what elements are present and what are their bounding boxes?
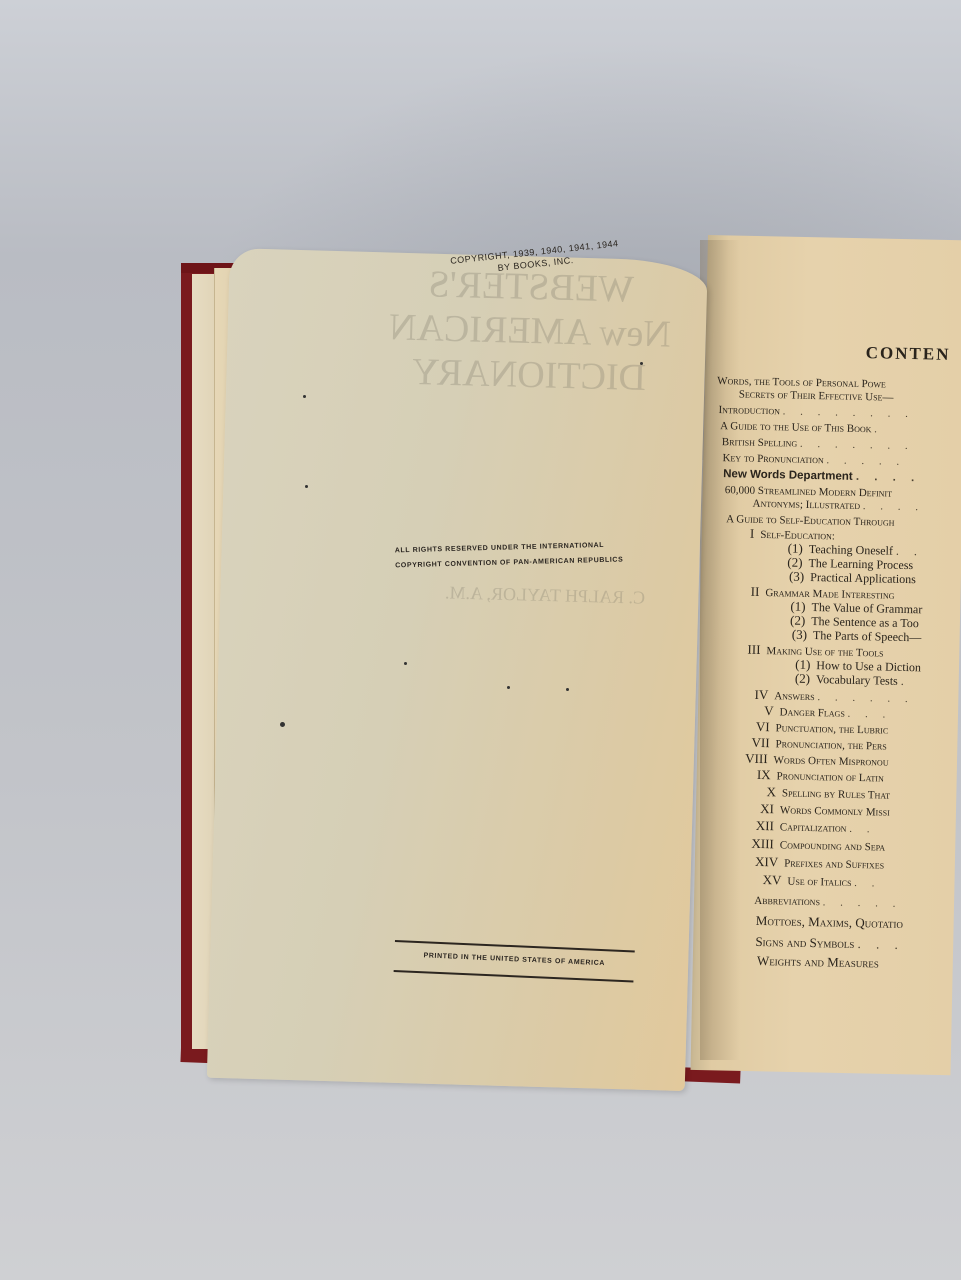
- toc-entry: (2)Vocabulary Tests .: [795, 672, 910, 688]
- toc-entry-text: Use of Italics: [787, 876, 851, 889]
- toc-entry-text: A Guide to the Use of This Book: [720, 420, 872, 435]
- toc-entry: (3)The Parts of Speech—: [792, 628, 922, 645]
- toc-leaders: . . . . . . .: [800, 438, 914, 452]
- paper-speck: [404, 662, 407, 665]
- toc-leaders: . . . .: [856, 471, 921, 484]
- toc-entry: XIWords Commonly Missi: [760, 802, 890, 820]
- toc-numeral: XIV: [755, 855, 778, 869]
- toc-numeral: V: [764, 704, 774, 718]
- toc-numeral: XII: [756, 819, 774, 833]
- toc-numeral: (2): [795, 672, 810, 686]
- book-gutter: [700, 240, 740, 1060]
- toc-entry: VDanger Flags . . .: [764, 704, 891, 722]
- toc-entry-text: Compounding and Sepa: [780, 839, 886, 853]
- toc-numeral: VIII: [745, 752, 768, 766]
- toc-leaders: . . . . .: [826, 454, 905, 468]
- ghost-title-line: New AMERICAN: [379, 305, 680, 357]
- toc-entry-text: Secrets of Their Effective Use—: [739, 388, 894, 403]
- toc-entry-text: Prefixes and Suffixes: [784, 858, 884, 872]
- toc-entry: VIPunctuation, the Lubric: [756, 720, 889, 738]
- toc-entry: XIIICompounding and Sepa: [751, 837, 885, 855]
- toc-entry: XIICapitalization . .: [756, 819, 876, 837]
- paper-speck: [507, 686, 510, 689]
- toc-entry-text: Pronunciation, the Pers: [775, 738, 886, 752]
- toc-entry: XSpelling by Rules That: [766, 785, 890, 803]
- toc-leaders: . .: [896, 544, 923, 559]
- toc-numeral: XV: [763, 873, 782, 887]
- toc-entry: XVUse of Italics . .: [763, 873, 881, 890]
- toc-entry-text: Words Often Mispronou: [773, 754, 888, 768]
- toc-entry-text: Spelling by Rules That: [782, 787, 890, 801]
- toc-entry-text: Words Commonly Missi: [780, 804, 890, 818]
- toc-entry-text: Mottoes, Maxims, Quotatio: [756, 913, 903, 931]
- toc-leaders: . . .: [857, 936, 904, 952]
- toc-entry-text: Capitalization: [780, 821, 847, 834]
- toc-leaders: . .: [854, 877, 880, 890]
- toc-entry-text: Signs and Symbols: [755, 934, 854, 951]
- paper-speck: [305, 485, 308, 488]
- toc-numeral: X: [766, 785, 776, 799]
- toc-entry-text: Abbreviations: [754, 895, 820, 908]
- toc-title: CONTEN: [866, 343, 951, 365]
- toc-entry-text: British Spelling: [722, 436, 798, 450]
- toc-leaders: . . . . . .: [817, 691, 913, 705]
- toc-numeral: (3): [792, 628, 807, 642]
- toc-numeral: II: [751, 585, 760, 599]
- toc-leaders: . . . . .: [823, 896, 902, 910]
- toc-numeral: XI: [760, 802, 774, 816]
- paper-speck: [566, 688, 569, 691]
- toc-numeral: IV: [754, 688, 768, 702]
- paper-speck: [640, 362, 643, 365]
- toc-entry: Weights and Measures: [757, 954, 879, 971]
- toc-entry-text: Danger Flags: [779, 706, 845, 719]
- toc-numeral: VI: [756, 720, 770, 734]
- paper-speck: [303, 395, 306, 398]
- toc-entry-text: Practical Applications: [810, 570, 916, 586]
- toc-entry-text: Antonyms; Illustrated: [752, 498, 860, 512]
- toc-entry: XIVPrefixes and Suffixes: [755, 855, 884, 873]
- toc-leaders: .: [874, 423, 883, 435]
- toc-leaders: .: [901, 674, 910, 688]
- toc-entry: IXPronunciation of Latin: [757, 768, 884, 786]
- ghost-title: WEBSTER'S New AMERICAN DICTIONARY: [378, 261, 681, 401]
- ghost-title-line: DICTIONARY: [378, 349, 679, 401]
- toc-entry-text: Answers: [774, 690, 815, 703]
- toc-entry-text: Weights and Measures: [757, 953, 879, 971]
- toc-leaders: . .: [849, 823, 875, 836]
- toc-numeral: I: [750, 527, 755, 541]
- toc-numeral: VII: [751, 736, 769, 750]
- toc-numeral: XIII: [751, 837, 774, 851]
- toc-entry-text: Punctuation, the Lubric: [775, 722, 888, 736]
- toc-leaders: . . . .: [863, 500, 924, 513]
- toc-leaders: . . . . . . . .: [783, 405, 914, 420]
- toc-entry: (3)Practical Applications: [789, 570, 916, 587]
- toc-numeral: (3): [789, 570, 804, 584]
- toc-leaders: . . .: [847, 708, 891, 721]
- toc-entry-text: Introduction: [718, 404, 780, 417]
- toc-entry-text: The Parts of Speech—: [813, 628, 922, 644]
- toc-entry-text: New Words Department: [723, 468, 853, 483]
- toc-entry: VIIPronunciation, the Pers: [751, 736, 886, 754]
- toc-entry-text: Pronunciation of Latin: [776, 770, 883, 784]
- toc-numeral: III: [747, 643, 760, 657]
- paper-speck: [280, 722, 285, 727]
- toc-entry-text: Key to Pronunciation: [722, 452, 823, 466]
- toc-numeral: IX: [757, 768, 771, 782]
- toc-entry-text: Vocabulary Tests: [816, 672, 898, 688]
